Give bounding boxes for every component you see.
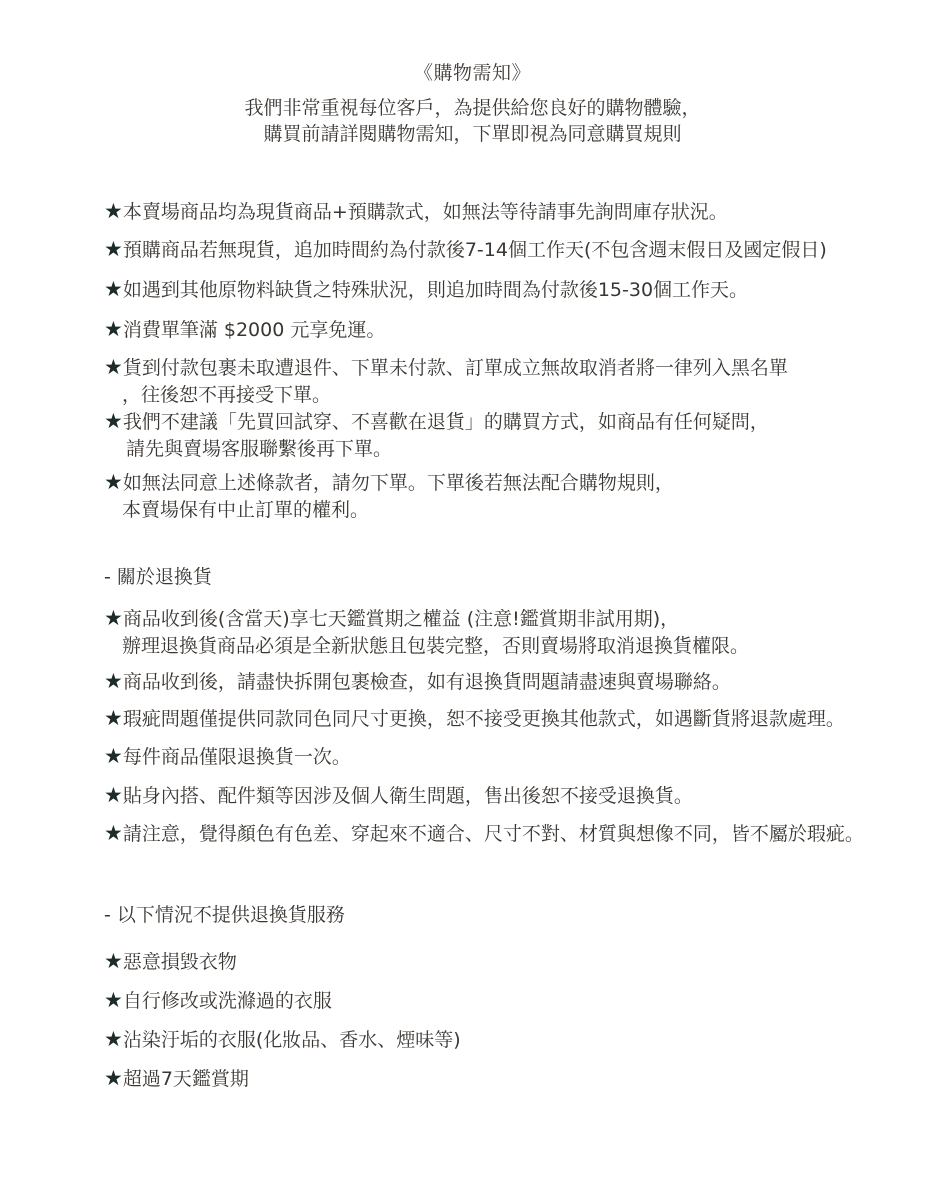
- rule-text: 如遇到其他原物料缺貨之特殊狀況，則追加時間為付款後15-30個工作天。: [123, 279, 748, 301]
- rule-item: ★如無法同意上述條款者，請勿下單。下單後若無法配合購物規則，本賣場保有中止訂單的…: [104, 469, 674, 524]
- rule-text: 本賣場商品均為現貨商品+預購款式，如無法等待請事先詢問庫存狀況。: [123, 201, 728, 223]
- rule-text-cont: 辦理退換貨商品必須是全新狀態且包裝完整，否則賣場將取消退換貨權限。: [104, 633, 749, 660]
- rule-item: ★本賣場商品均為現貨商品+預購款式，如無法等待請事先詢問庫存狀況。: [104, 198, 728, 226]
- rule-item: ★惡意損毀衣物: [104, 948, 237, 976]
- star-icon: ★: [104, 606, 123, 630]
- rule-text: 我們不建議「先買回試穿、不喜歡在退貨」的購買方式，如商品有任何疑問，: [123, 411, 769, 433]
- star-icon: ★: [104, 783, 123, 807]
- star-icon: ★: [104, 706, 123, 730]
- rule-text: 如無法同意上述條款者，請勿下單。下單後若無法配合購物規則，: [123, 472, 674, 494]
- rule-text-cont: 請先與賣場客服聯繫後再下單。: [104, 436, 769, 463]
- rule-item: ★商品收到後(含當天)享七天鑑賞期之權益 (注意!鑑賞期非試用期)，辦理退換貨商…: [104, 605, 749, 660]
- star-icon: ★: [104, 277, 123, 301]
- rule-item: ★沾染汙垢的衣服(化妝品、香水、煙味等): [104, 1026, 461, 1054]
- star-icon: ★: [104, 744, 123, 768]
- rule-text: 請注意，覺得顏色有色差、穿起來不適合、尺寸不對、材質與想像不同，皆不屬於瑕疵。: [123, 823, 864, 845]
- rule-item: ★貼身內搭、配件類等因涉及個人衛生問題，售出後恕不接受退換貨。: [104, 782, 693, 810]
- page-title: 《購物需知》: [0, 58, 945, 85]
- rule-text: 惡意損毀衣物: [123, 951, 237, 973]
- rule-text: 超過7天鑑賞期: [123, 1068, 249, 1090]
- intro-line: 我們非常重視每位客戶，為提供給您良好的購物體驗，: [0, 95, 945, 121]
- star-icon: ★: [104, 669, 123, 693]
- rule-text-cont: 本賣場保有中止訂單的權利。: [104, 497, 674, 524]
- rule-text-cont: ，往後恕不再接受下單。: [104, 382, 788, 409]
- star-icon: ★: [104, 988, 123, 1012]
- rule-text: 貼身內搭、配件類等因涉及個人衛生問題，售出後恕不接受退換貨。: [123, 785, 693, 807]
- rule-item: ★自行修改或洗滌過的衣服: [104, 987, 332, 1015]
- section-heading-no-returns: - 以下情況不提供退換貨服務: [104, 900, 345, 927]
- rule-item: ★每件商品僅限退換貨一次。: [104, 743, 351, 771]
- intro-text: 我們非常重視每位客戶，為提供給您良好的購物體驗， 購買前請詳閱購物需知，下單即視…: [0, 95, 945, 147]
- rule-text: 瑕疵問題僅提供同款同色同尺寸更換，恕不接受更換其他款式，如遇斷貨將退款處理。: [123, 708, 845, 730]
- rule-item: ★超過7天鑑賞期: [104, 1065, 249, 1093]
- star-icon: ★: [104, 821, 123, 845]
- rule-item: ★我們不建議「先買回試穿、不喜歡在退貨」的購買方式，如商品有任何疑問，請先與賣場…: [104, 408, 769, 463]
- star-icon: ★: [104, 409, 123, 433]
- rule-item: ★瑕疵問題僅提供同款同色同尺寸更換，恕不接受更換其他款式，如遇斷貨將退款處理。: [104, 705, 845, 733]
- rule-text: 每件商品僅限退換貨一次。: [123, 746, 351, 768]
- star-icon: ★: [104, 1027, 123, 1051]
- rule-item: ★商品收到後，請盡快拆開包裹檢查，如有退換貨問題請盡速與賣場聯絡。: [104, 668, 731, 696]
- star-icon: ★: [104, 355, 123, 379]
- rule-item: ★貨到付款包裹未取遭退件、下單未付款、訂單成立無故取消者將一律列入黑名單，往後恕…: [104, 354, 788, 409]
- star-icon: ★: [104, 237, 123, 261]
- rule-text: 貨到付款包裹未取遭退件、下單未付款、訂單成立無故取消者將一律列入黑名單: [123, 357, 788, 379]
- rule-text: 自行修改或洗滌過的衣服: [123, 990, 332, 1012]
- star-icon: ★: [104, 1066, 123, 1090]
- star-icon: ★: [104, 470, 123, 494]
- star-icon: ★: [104, 949, 123, 973]
- star-icon: ★: [104, 199, 123, 223]
- rule-item: ★如遇到其他原物料缺貨之特殊狀況，則追加時間為付款後15-30個工作天。: [104, 276, 748, 304]
- intro-line: 購買前請詳閱購物需知，下單即視為同意購買規則: [0, 121, 945, 147]
- rule-text: 消費單筆滿 $2000 元享免運。: [123, 319, 386, 341]
- rule-item: ★預購商品若無現貨，追加時間約為付款後7-14個工作天(不包含週末假日及國定假日…: [104, 236, 827, 264]
- rule-text: 預購商品若無現貨，追加時間約為付款後7-14個工作天(不包含週末假日及國定假日): [123, 239, 827, 261]
- section-heading-returns: - 關於退換貨: [104, 562, 212, 589]
- rule-text: 商品收到後(含當天)享七天鑑賞期之權益 (注意!鑑賞期非試用期)，: [123, 608, 679, 630]
- rule-text: 沾染汙垢的衣服(化妝品、香水、煙味等): [123, 1029, 461, 1051]
- rule-item: ★消費單筆滿 $2000 元享免運。: [104, 316, 385, 344]
- rule-item: ★請注意，覺得顏色有色差、穿起來不適合、尺寸不對、材質與想像不同，皆不屬於瑕疵。: [104, 820, 864, 848]
- star-icon: ★: [104, 317, 123, 341]
- rule-text: 商品收到後，請盡快拆開包裹檢查，如有退換貨問題請盡速與賣場聯絡。: [123, 671, 731, 693]
